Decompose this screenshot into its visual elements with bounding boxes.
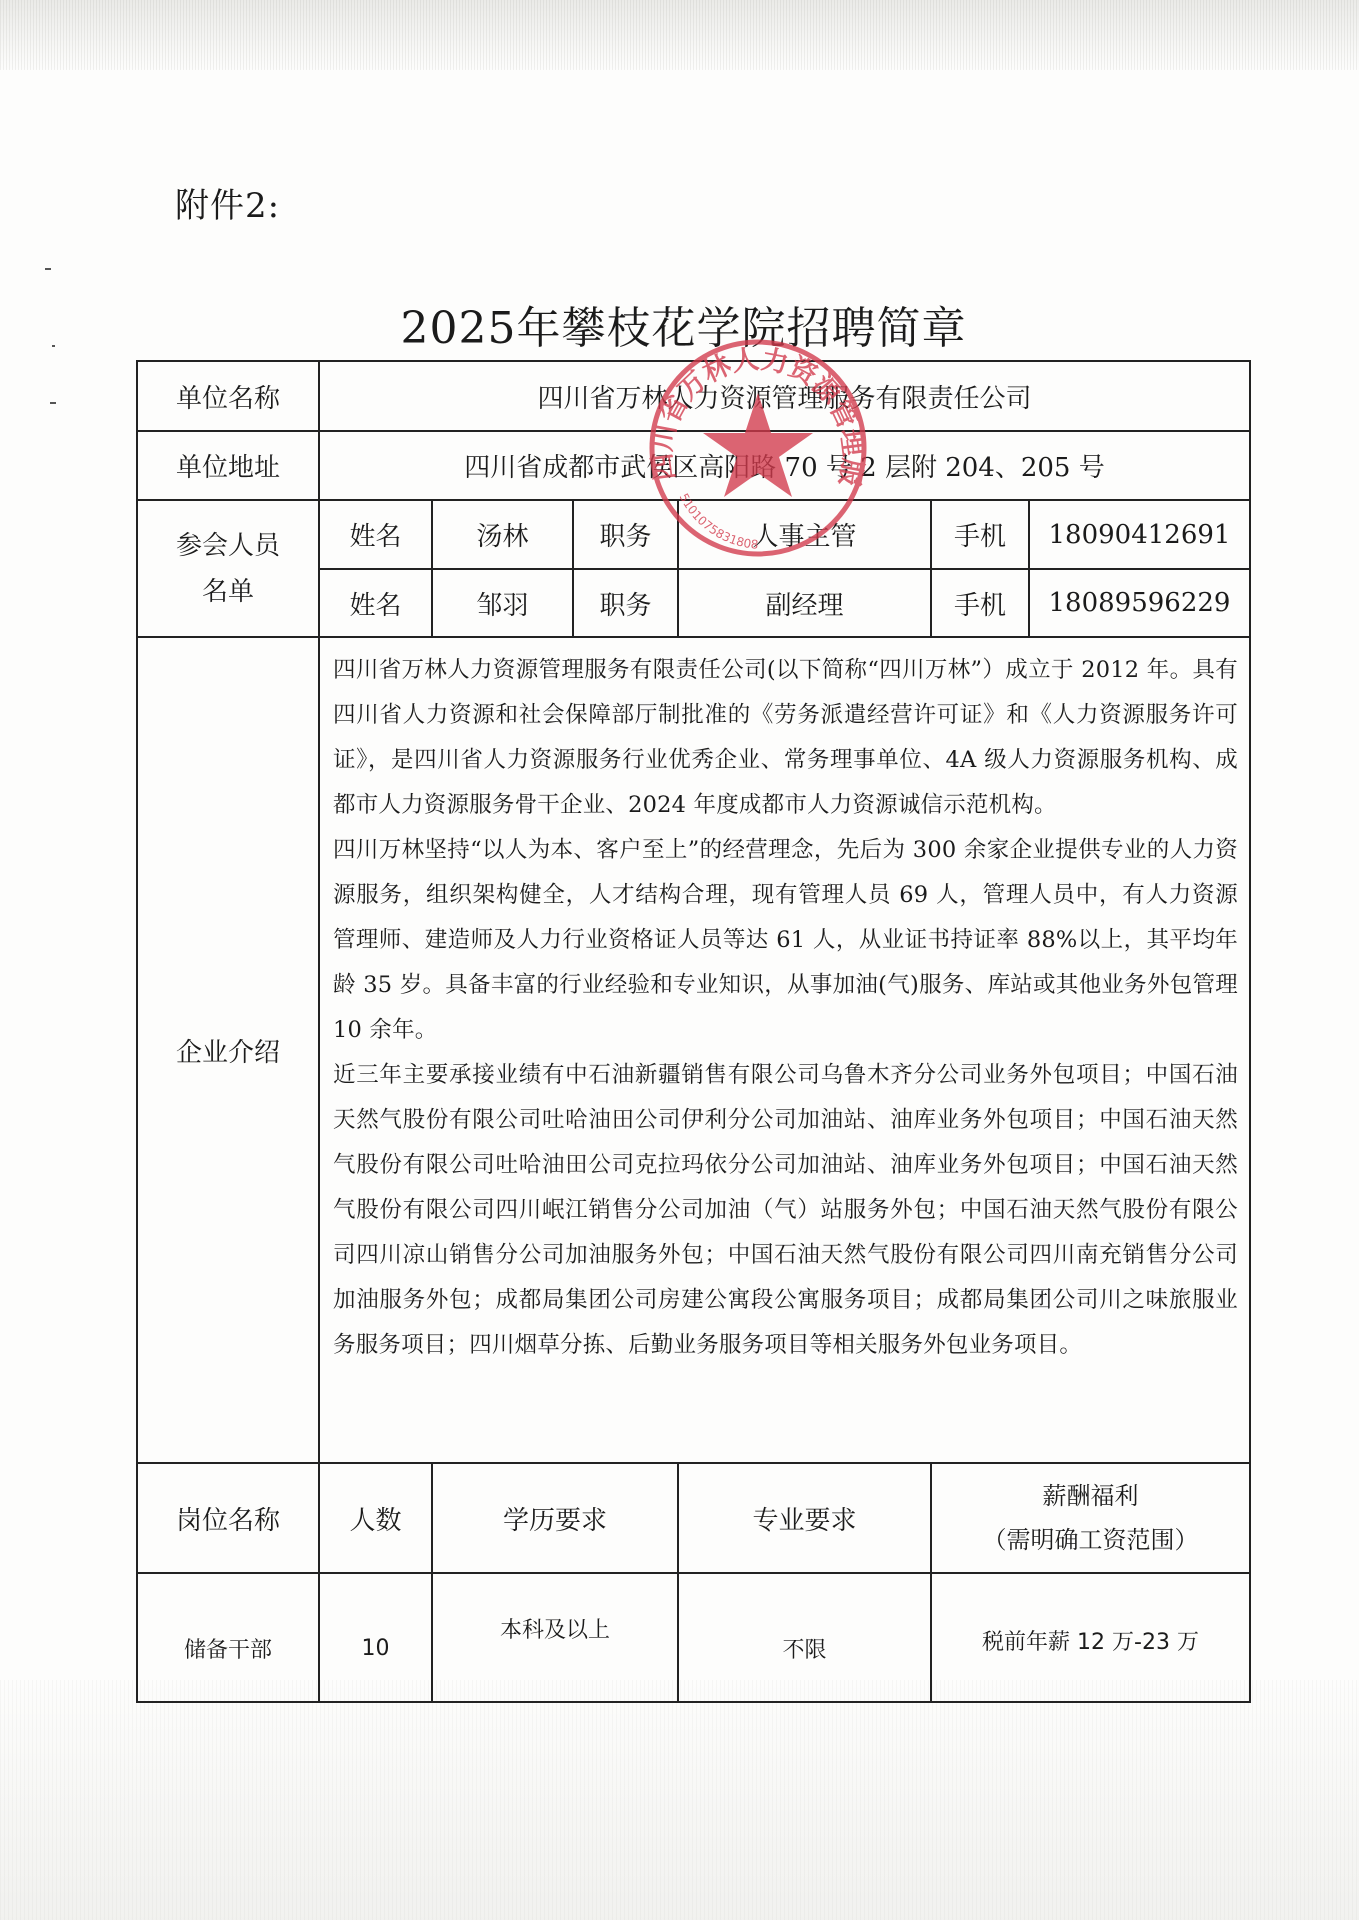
job-education: 本科及以上 [433, 1574, 677, 1682]
attendees-label-line1: 参会人员 [176, 523, 280, 569]
attendee-name: 邹羽 [433, 570, 572, 636]
attendee-name-label: 姓名 [320, 501, 431, 568]
header-education: 学历要求 [433, 1464, 677, 1572]
table-border-right [1249, 360, 1251, 1703]
company-name-label: 单位名称 [138, 362, 318, 430]
attendee-phone: 18090412691 [1030, 501, 1249, 568]
header-position: 岗位名称 [138, 1464, 318, 1572]
header-major: 专业要求 [679, 1464, 930, 1572]
attendee-phone-label: 手机 [932, 570, 1028, 636]
attendee-phone: 18089596229 [1030, 570, 1249, 636]
job-count: 10 [320, 1594, 431, 1702]
header-salary-line1: 薪酬福利 [1043, 1474, 1139, 1518]
scan-speck [50, 402, 56, 404]
company-address-label: 单位地址 [138, 432, 318, 499]
attendee-position-label: 职务 [574, 501, 677, 568]
intro-paragraph: 近三年主要承接业绩有中石油新疆销售有限公司乌鲁木齐分公司业务外包项目；中国石油天… [333, 1053, 1238, 1368]
company-intro-text: 四川省万林人力资源管理服务有限责任公司(以下简称“四川万林”）成立于 2012 … [333, 648, 1238, 1368]
attendee-position: 副经理 [679, 570, 930, 636]
header-salary: 薪酬福利 （需明确工资范围） [932, 1464, 1249, 1572]
intro-paragraph: 四川万林坚持“以人为本、客户至上”的经营理念，先后为 300 余家企业提供专业的… [333, 828, 1238, 1053]
intro-paragraph: 四川省万林人力资源管理服务有限责任公司(以下简称“四川万林”）成立于 2012 … [333, 648, 1238, 828]
header-salary-line2: （需明确工资范围） [983, 1518, 1199, 1562]
attendees-label: 参会人员 名单 [138, 501, 318, 636]
job-position: 储备干部 [138, 1594, 318, 1702]
scan-noise-bottom [0, 1680, 1359, 1920]
attendee-position-label: 职务 [574, 570, 677, 636]
attendees-label-line2: 名单 [202, 569, 254, 615]
attendee-phone-label: 手机 [932, 501, 1028, 568]
scan-speck [45, 268, 51, 270]
attachment-label: 附件2: [175, 178, 280, 227]
job-major: 不限 [679, 1594, 930, 1702]
job-salary: 税前年薪 12 万-23 万 [932, 1586, 1249, 1694]
attendee-position: 人事主管 [679, 501, 930, 568]
company-address-value: 四川省成都市武侯区高阳路 70 号 2 层附 204、205 号 [320, 432, 1249, 499]
company-name-value: 四川省万林人力资源管理服务有限责任公司 [320, 362, 1249, 430]
attendee-name-label: 姓名 [320, 570, 431, 636]
company-intro-label: 企业介绍 [138, 638, 318, 1462]
table-rule [136, 1572, 1251, 1574]
scan-noise-top [0, 0, 1359, 70]
attendee-name: 汤林 [433, 501, 572, 568]
document-title: 2025年攀枝花学院招聘简章 [0, 292, 1359, 356]
header-count: 人数 [320, 1464, 431, 1572]
